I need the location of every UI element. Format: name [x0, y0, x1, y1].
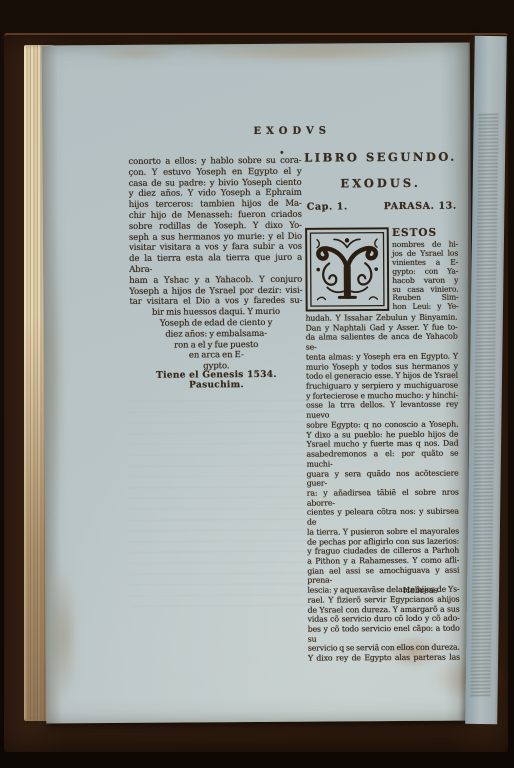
text-line: asabedremonos a el: por quãto se muchi-	[306, 449, 458, 469]
drop-cap-wrap-lines: nombres de hi-jos de Ysrael losvinientes…	[392, 241, 458, 313]
exodus-body-lines: hudah. Y Issahar Zebulun y Binyamin.Dan …	[306, 313, 460, 664]
text-line: rael. Y fizierõ servir Egypcianos ahijos	[307, 594, 459, 605]
text-line: cientes y peleara cõtra nos: y subirsea …	[307, 507, 459, 527]
catchword: Hebreas	[395, 585, 445, 595]
opening-word: ESTOS	[392, 227, 458, 239]
book-title-line2: EXODUS.	[303, 176, 459, 191]
photo-of-open-book: EXODVS conorto a ellos: y hablo sobre su…	[0, 0, 514, 768]
running-head: EXODVS	[128, 125, 456, 138]
chapter-parasha-row: Cap. 1. PARASA. 13.	[305, 201, 459, 213]
left-text-column: conorto a ellos: y hablo sobre su cora-ç…	[128, 156, 303, 373]
book-page: EXODVS conorto a ellos: y hablo sobre su…	[42, 43, 475, 724]
text-line: Y dixo rey de Egypto alas parteras las	[308, 653, 460, 664]
adjacent-page-text-blur	[471, 114, 499, 698]
text-line: gian ael assi se amochiguava y assi pren…	[307, 565, 459, 585]
text-line: de la tierra esta ala tierra que juro a …	[129, 253, 302, 276]
text-line: ra: y añadirsea tãbiẽ el sobre nros abor…	[307, 488, 459, 508]
left-column-justified-lines: conorto a ellos: y hablo sobre su cora-ç…	[128, 156, 302, 308]
text-line: sobre Egypto: q no conoscio a Yoseph.	[306, 420, 458, 431]
parasha-label: PARASA. 13.	[384, 201, 457, 213]
text-line: da alma salientes de anca de Yahacob se-	[306, 332, 458, 352]
text-line: a Pithon y a Rahamesses. Y como afli-	[307, 556, 459, 567]
verso-show-through	[128, 400, 315, 615]
stain	[182, 43, 452, 63]
text-line: ham a Yshac y a Yahacob. Y conjuro	[129, 274, 302, 286]
left-column-taper-lines: bir mis huessos daqui. Y murioYoseph de …	[129, 307, 302, 373]
section-dot-mark	[280, 151, 283, 154]
drop-cap-woodcut-initial-icon	[305, 227, 390, 312]
text-line: sobre rodillas de Yoseph. Y dixo Yo-	[129, 220, 302, 232]
page-left-shadow	[42, 45, 63, 723]
text-line: bir mis huessos daqui. Y murio	[129, 307, 302, 319]
text-line: osse la trra dellos. Y levantosse rey nu…	[306, 400, 458, 420]
text-line: la tierra. Y pusieron sobre el mayorales	[307, 526, 459, 537]
text-line: hon Leui: y Ye-	[392, 303, 458, 312]
text-line: tenta almas: y Yoseph era en Egypto. Y	[306, 351, 458, 362]
genesis-colophon: Tiene el Genesis 1534. Pasuchim.	[130, 370, 303, 391]
book-title-line1: LIBRO SEGUNDO.	[302, 150, 458, 165]
text-line: guara y sera quãdo nos acõtesciere guer-	[307, 468, 459, 488]
text-line: bes y cõ todo servicio enel cãpo: a todo…	[308, 624, 460, 644]
stain	[92, 47, 182, 62]
text-line: çon. Y estuvo Yoseph en Egypto el y	[128, 166, 301, 178]
chapter-label: Cap. 1.	[307, 201, 348, 212]
